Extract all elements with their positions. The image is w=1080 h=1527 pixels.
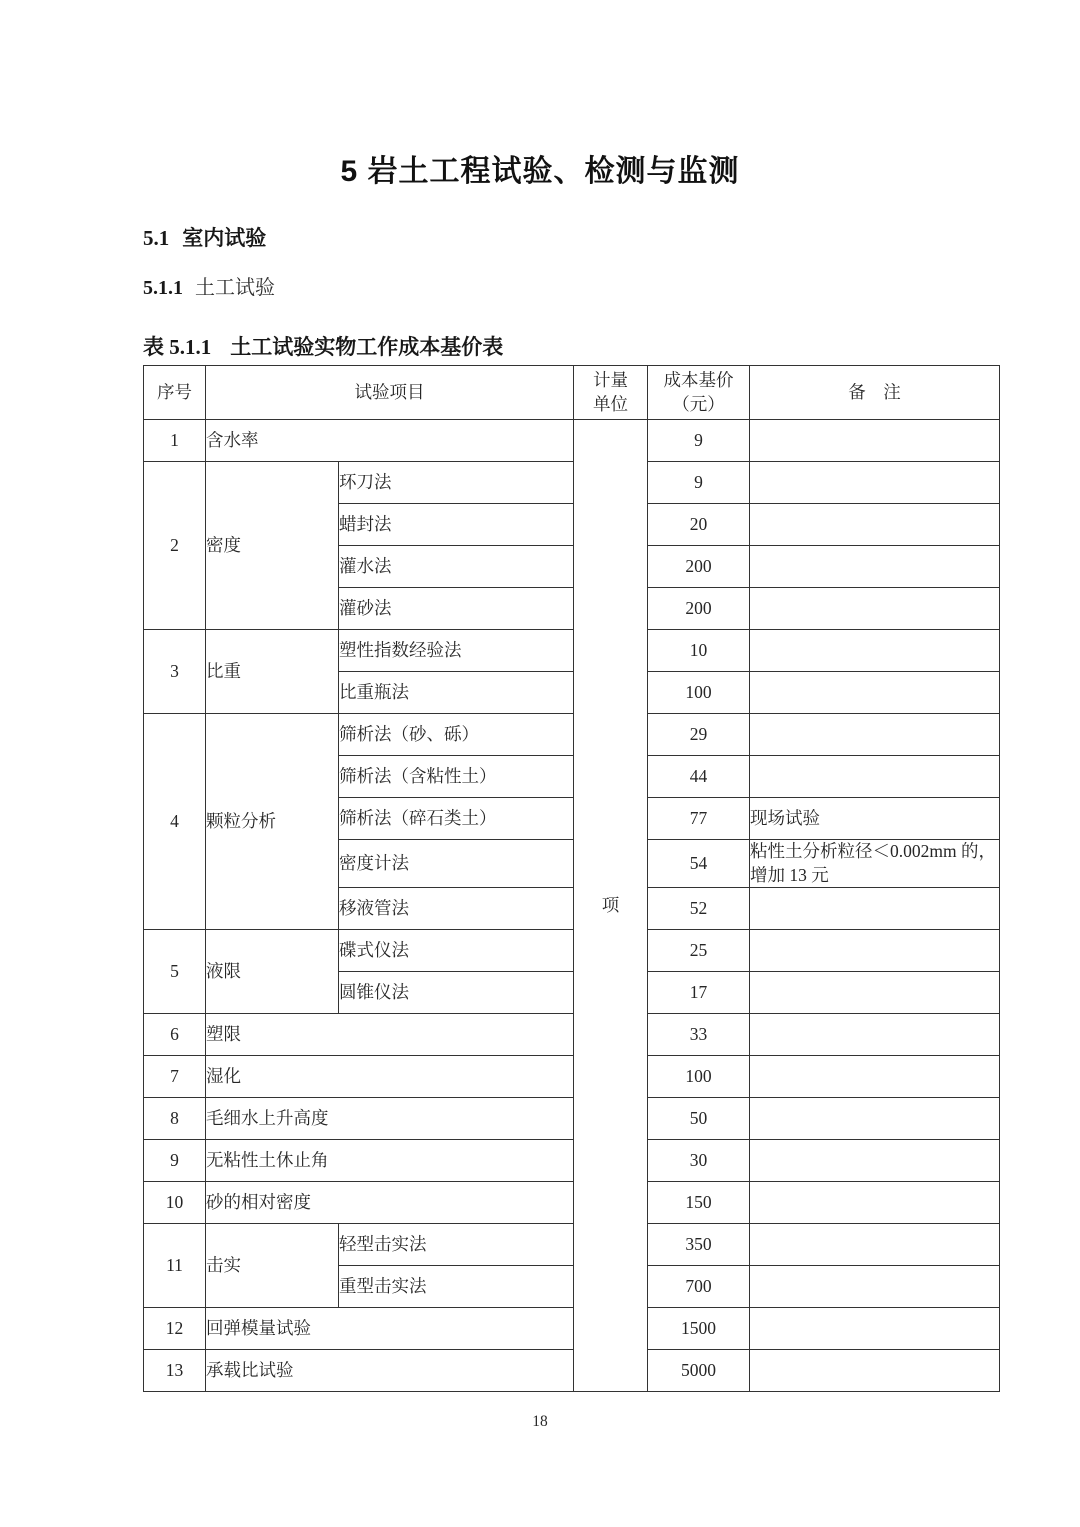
method-cell: 灌砂法 <box>339 588 574 630</box>
remark-cell <box>750 546 1000 588</box>
price-cell: 1500 <box>648 1308 750 1350</box>
price-cell: 350 <box>648 1224 750 1266</box>
table-row: 10 砂的相对密度 150 <box>144 1182 1000 1224</box>
row-index-cell: 13 <box>144 1350 206 1392</box>
remark-cell <box>750 420 1000 462</box>
row-index-cell: 6 <box>144 1014 206 1056</box>
row-index-cell: 2 <box>144 462 206 630</box>
method-cell: 筛析法（碎石类土） <box>339 798 574 840</box>
subsection-heading: 5.1.1土工试验 <box>143 271 1080 300</box>
col-header-price-line2: （元） <box>672 394 725 414</box>
item-cell: 无粘性土休止角 <box>206 1140 574 1182</box>
category-cell: 颗粒分析 <box>206 714 339 930</box>
subsection-title: 土工试验 <box>195 277 275 299</box>
table-row: 7 湿化 100 <box>144 1056 1000 1098</box>
remark-cell <box>750 1014 1000 1056</box>
subsection-number: 5.1.1 <box>143 277 183 299</box>
item-cell: 毛细水上升高度 <box>206 1098 574 1140</box>
table-row: 13 承载比试验 5000 <box>144 1350 1000 1392</box>
remark-cell <box>750 888 1000 930</box>
price-cell: 29 <box>648 714 750 756</box>
price-cell: 54 <box>648 840 750 888</box>
price-cell: 150 <box>648 1182 750 1224</box>
item-cell: 砂的相对密度 <box>206 1182 574 1224</box>
remark-cell <box>750 756 1000 798</box>
price-cell: 9 <box>648 420 750 462</box>
method-cell: 比重瓶法 <box>339 672 574 714</box>
table-row: 2 密度 环刀法 9 <box>144 462 1000 504</box>
price-cell: 9 <box>648 462 750 504</box>
price-cell: 200 <box>648 588 750 630</box>
price-cell: 17 <box>648 972 750 1014</box>
header-row: 序号 试验项目 计量单位 成本基价（元） 备 注 <box>144 366 1000 420</box>
method-cell: 蜡封法 <box>339 504 574 546</box>
price-cell: 30 <box>648 1140 750 1182</box>
remark-cell <box>750 1224 1000 1266</box>
price-cell: 77 <box>648 798 750 840</box>
table-row: 4 颗粒分析 筛析法（砂、砾） 29 <box>144 714 1000 756</box>
row-index-cell: 8 <box>144 1098 206 1140</box>
remark-cell <box>750 972 1000 1014</box>
remark-cell <box>750 588 1000 630</box>
method-cell: 重型击实法 <box>339 1266 574 1308</box>
price-cell: 10 <box>648 630 750 672</box>
row-index-cell: 3 <box>144 630 206 714</box>
remark-cell: 粘性土分析粒径＜0.002mm 的，增加 13 元 <box>750 840 1000 888</box>
row-index-cell: 11 <box>144 1224 206 1308</box>
table-row: 12 回弹模量试验 1500 <box>144 1308 1000 1350</box>
remark-cell <box>750 1140 1000 1182</box>
category-cell: 比重 <box>206 630 339 714</box>
method-cell: 筛析法（砂、砾） <box>339 714 574 756</box>
table-row: 1 含水率 项 9 <box>144 420 1000 462</box>
remark-cell <box>750 630 1000 672</box>
row-index-cell: 4 <box>144 714 206 930</box>
col-header-item: 试验项目 <box>206 366 574 420</box>
method-cell: 移液管法 <box>339 888 574 930</box>
row-index-cell: 10 <box>144 1182 206 1224</box>
price-cell: 33 <box>648 1014 750 1056</box>
remark-cell: 现场试验 <box>750 798 1000 840</box>
item-cell: 回弹模量试验 <box>206 1308 574 1350</box>
cost-base-price-table: 序号 试验项目 计量单位 成本基价（元） 备 注 1 含水率 项 9 2 密度 … <box>143 365 1000 1392</box>
table-row: 8 毛细水上升高度 50 <box>144 1098 1000 1140</box>
category-cell: 液限 <box>206 930 339 1014</box>
price-cell: 100 <box>648 1056 750 1098</box>
remark-cell <box>750 504 1000 546</box>
table-caption-label: 表 5.1.1 <box>143 335 211 359</box>
price-cell: 44 <box>648 756 750 798</box>
document-page: 5 岩土工程试验、检测与监测 5.1室内试验 5.1.1土工试验 表 5.1.1… <box>0 0 1080 1527</box>
item-cell: 湿化 <box>206 1056 574 1098</box>
unit-cell: 项 <box>574 420 648 1392</box>
method-cell: 环刀法 <box>339 462 574 504</box>
price-cell: 700 <box>648 1266 750 1308</box>
price-cell: 25 <box>648 930 750 972</box>
price-cell: 20 <box>648 504 750 546</box>
table-row: 3 比重 塑性指数经验法 10 <box>144 630 1000 672</box>
item-cell: 塑限 <box>206 1014 574 1056</box>
row-index-cell: 12 <box>144 1308 206 1350</box>
category-cell: 击实 <box>206 1224 339 1308</box>
row-index-cell: 1 <box>144 420 206 462</box>
chapter-title: 5 岩土工程试验、检测与监测 <box>0 0 1080 190</box>
remark-cell <box>750 1308 1000 1350</box>
table-row: 9 无粘性土休止角 30 <box>144 1140 1000 1182</box>
remark-cell <box>750 462 1000 504</box>
remark-cell <box>750 1098 1000 1140</box>
section-heading: 5.1室内试验 <box>143 222 1080 252</box>
table-caption: 表 5.1.1土工试验实物工作成本基价表 <box>143 331 1080 361</box>
col-header-unit-line1: 计量 <box>593 370 628 390</box>
remark-cell <box>750 714 1000 756</box>
price-cell: 100 <box>648 672 750 714</box>
method-cell: 塑性指数经验法 <box>339 630 574 672</box>
col-header-unit: 计量单位 <box>574 366 648 420</box>
price-cell: 200 <box>648 546 750 588</box>
method-cell: 筛析法（含粘性土） <box>339 756 574 798</box>
col-header-price-line1: 成本基价 <box>664 370 734 390</box>
col-header-price: 成本基价（元） <box>648 366 750 420</box>
col-header-remark: 备 注 <box>750 366 1000 420</box>
table-row: 5 液限 碟式仪法 25 <box>144 930 1000 972</box>
col-header-unit-line2: 单位 <box>593 394 628 414</box>
col-header-index: 序号 <box>144 366 206 420</box>
method-cell: 密度计法 <box>339 840 574 888</box>
row-index-cell: 7 <box>144 1056 206 1098</box>
remark-cell <box>750 1182 1000 1224</box>
row-index-cell: 9 <box>144 1140 206 1182</box>
remark-cell <box>750 930 1000 972</box>
method-cell: 碟式仪法 <box>339 930 574 972</box>
category-cell: 密度 <box>206 462 339 630</box>
remark-cell <box>750 1266 1000 1308</box>
table-row: 11 击实 轻型击实法 350 <box>144 1224 1000 1266</box>
section-title: 室内试验 <box>182 226 266 250</box>
method-cell: 轻型击实法 <box>339 1224 574 1266</box>
price-cell: 50 <box>648 1098 750 1140</box>
remark-cell <box>750 1056 1000 1098</box>
item-cell: 承载比试验 <box>206 1350 574 1392</box>
table-row: 6 塑限 33 <box>144 1014 1000 1056</box>
item-cell: 含水率 <box>206 420 574 462</box>
remark-cell <box>750 672 1000 714</box>
remark-cell <box>750 1350 1000 1392</box>
method-cell: 灌水法 <box>339 546 574 588</box>
price-cell: 52 <box>648 888 750 930</box>
section-number: 5.1 <box>143 226 169 250</box>
method-cell: 圆锥仪法 <box>339 972 574 1014</box>
page-number: 18 <box>0 1413 1080 1431</box>
price-cell: 5000 <box>648 1350 750 1392</box>
table-caption-title: 土工试验实物工作成本基价表 <box>230 335 503 359</box>
row-index-cell: 5 <box>144 930 206 1014</box>
